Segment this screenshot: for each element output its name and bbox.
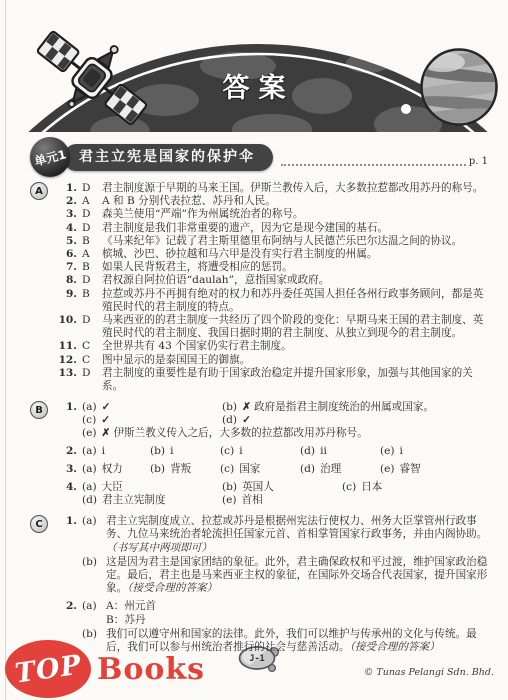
answer-row: 4.D君主制度是我们非常重要的遗产，因为它是现今建国的基石。 [58,222,490,235]
answer-row: 3.D森美兰使用“严端”作为州属统治者的称号。 [58,208,490,221]
item-text: 图中显示的是泰国国王的御旗。 [102,354,490,367]
answer-row: 2.AA 和 B 分别代表拉惹、苏丹和人民。 [58,195,490,208]
answer-row: 11.C全世界共有 43 个国家仍实行君主制度。 [58,340,490,353]
item-answer: B [82,235,102,248]
item-number: 1. [58,182,82,195]
unit-badge-label: 单元1 [32,145,68,169]
answer-row: 3. (a)权力 (b)背叛 (c)国家 (d)治理 (e)睿智 [58,463,490,476]
item-number: 3. [58,208,82,221]
item-number: 2. [58,600,82,626]
item-answer: A [82,195,102,208]
section-b-badge: B [30,401,48,419]
item-answer: D [82,367,102,393]
item-number: 4. [58,222,82,235]
answer-row: (d)君主立宪制度 (e)首相 [58,494,490,507]
item-answer: D [82,314,102,340]
item-answer: D [82,222,102,235]
item-text: 政府是指君主制度统治的州属或国家。 [254,401,434,413]
answer-row: 1. (a) 君主立宪制度成立、拉惹或苏丹是根据州宪法行使权力、州务大臣掌管州行… [58,515,490,555]
check-mark: ✓ [101,414,110,426]
page-reference: p. 1 [469,156,488,167]
item-number: 3. [58,463,82,476]
item-number: 4. [58,481,82,494]
marker-note: （接受合理的答案） [127,582,217,594]
item-text: 君权源自阿拉伯语“daulah”，意指国家或政府。 [102,274,490,287]
marker-note: （接受合理的答案） [350,641,440,653]
answer-row: 1.D君主制度源于早期的马来王国。伊斯兰教传入后，大多数拉惹都改用苏丹的称号。 [58,182,490,195]
item-number: 2. [58,195,82,208]
item-text: 我们可以遵守州和国家的法律。此外，我们可以维护与传承州的文化与传统。最后，我们可… [106,628,490,654]
item-number: 6. [58,248,82,261]
answer-cell: (e)✗伊斯兰教义传入之后，大多数的拉惹都改用苏丹称号。 [82,427,490,440]
item-answer: C [82,354,102,367]
answer-row: (e)✗伊斯兰教义传入之后，大多数的拉惹都改用苏丹称号。 [58,427,490,440]
page-title: 答案 [0,66,508,105]
item-text: 君主立宪制度成立、拉惹或苏丹是根据州宪法行使权力、州务大臣掌管州行政事务、九位马… [106,515,490,555]
item-text: A 和 B 分别代表拉惹、苏丹和人民。 [102,195,490,208]
answer-row: (b) 这是因为君主是国家团结的象征。此外，君主确保政权和平过渡，维护国家政治稳… [58,556,490,596]
item-text: A：州元首 B：苏丹 [106,600,490,626]
item-text: 马来西亚的的君主制度一共经历了四个阶段的变化：早期马来王国的君主制度、英殖民时代… [102,314,490,340]
answer-row: 9.B拉惹或苏丹不再拥有绝对的权力和苏丹委任英国人担任各州行政事务顾问，都是英殖… [58,288,490,314]
item-text: 伊斯兰教义传入之后，大多数的拉惹都改用苏丹称号。 [113,427,367,439]
unit-heading: 单元1 君主立宪是国家的保护伞 p. 1 [30,137,488,177]
item-answer: C [82,340,102,353]
item-answer: D [82,274,102,287]
answer-row: 7.B如果人民背叛君主，将遭受相应的惩罚。 [58,261,490,274]
item-text: 森美兰使用“严端”作为州属统治者的称号。 [102,208,490,221]
answer-row: 4. (a)大臣 (b)英国人 (c)日本 [58,481,490,494]
item-number: 13. [58,367,82,393]
section-b: B 1. (a)✓ (b)✗政府是指君主制度统治的州属或国家。 (c)✓ (d)… [30,401,490,507]
item-text: 《马来纪年》记载了君主斯里德里布阿纳与人民德芒乐巴尔达温之间的协议。 [102,235,490,248]
answer-row: 10.D马来西亚的的君主制度一共经历了四个阶段的变化：早期马来王国的君主制度、英… [58,314,490,340]
section-c-badge: C [30,515,48,533]
item-answer: D [82,182,102,195]
item-text: 全世界共有 43 个国家仍实行君主制度。 [102,340,490,353]
answer-cell: (d)✓ [222,414,490,427]
item-text: 君主制度源于早期的马来王国。伊斯兰教传入后，大多数拉惹都改用苏丹的称号。 [102,182,490,195]
section-a-badge: A [30,182,48,200]
item-text: 这是因为君主是国家团结的象征。此外，君主确保政权和平过渡，维护国家政治稳定。最后… [106,556,490,596]
item-text: 拉惹或苏丹不再拥有绝对的权力和苏丹委任英国人担任各州行政事务顾问，都是英殖民时代… [102,288,490,314]
item-text: 君主制度的重要性是有助于国家政治稳定并提升国家形象，加强与其他国家的关系。 [102,367,490,393]
item-answer: B [82,261,102,274]
item-number: 1. [58,401,82,414]
item-number: 7. [58,261,82,274]
answer-cell: (b)✗政府是指君主制度统治的州属或国家。 [222,401,490,414]
answer-row: 13.D君主制度的重要性是有助于国家政治稳定并提升国家形象，加强与其他国家的关系… [58,367,490,393]
item-answer: B [82,288,102,314]
copyright: © Tunas Pelangi Sdn. Bhd. [364,667,494,678]
item-number: 2. [58,445,82,458]
answer-cell: (c)✓ [82,414,222,427]
item-text: 槟城、沙巴、砂拉越和马六甲是没有实行君主制度的州属。 [102,248,490,261]
item-number: 1. [58,515,82,555]
check-mark: ✓ [242,414,251,426]
item-number: 8. [58,274,82,287]
answer-row: 6.A槟城、沙巴、砂拉越和马六甲是没有实行君主制度的州属。 [58,248,490,261]
answer-row: (c)✓ (d)✓ [58,414,490,427]
section-c: C 1. (a) 君主立宪制度成立、拉惹或苏丹是根据州宪法行使权力、州务大臣掌管… [30,515,490,654]
dotted-leader [281,163,466,166]
item-text: 君主制度是我们非常重要的遗产，因为它是现今建国的基石。 [102,222,490,235]
cross-mark: ✗ [242,401,251,413]
answer-row: 1. (a)✓ (b)✗政府是指君主制度统治的州属或国家。 [58,401,490,414]
answer-row: 5.B《马来纪年》记载了君主斯里德里布阿纳与人民德芒乐巴尔达温之间的协议。 [58,235,490,248]
item-number: 11. [58,340,82,353]
unit-badge: 单元1 [30,137,70,177]
item-answer: D [82,208,102,221]
section-a: A 1.D君主制度源于早期的马来王国。伊斯兰教传入后，大多数拉惹都改用苏丹的称号… [30,182,490,393]
unit-title: 君主立宪是国家的保护伞 [63,144,273,171]
answer-row: 2. (a)i (b)i (c)i (d)ii (e)i [58,445,490,458]
answers-content: A 1.D君主制度源于早期的马来王国。伊斯兰教传入后，大多数拉惹都改用苏丹的称号… [30,182,490,662]
answer-cell: (a)✓ [82,401,222,414]
item-number: 12. [58,354,82,367]
answer-page: 答案 单元1 君主立宪是国家的保护伞 p. 1 A 1.D君主制度源于早期的马来… [0,0,508,700]
marker-note: （书写其中两项即可） [106,542,212,554]
item-number: 5. [58,235,82,248]
answer-row: 8.D君权源自阿拉伯语“daulah”，意指国家或政府。 [58,274,490,287]
item-answer: A [82,248,102,261]
item-text: 如果人民背叛君主，将遭受相应的惩罚。 [102,261,490,274]
item-number: 10. [58,314,82,340]
answer-row: 12.C图中显示的是泰国国王的御旗。 [58,354,490,367]
cross-mark: ✗ [102,427,111,439]
page-header: 答案 [0,0,508,132]
item-number: 9. [58,288,82,314]
check-mark: ✓ [102,401,111,413]
answer-row: 2. (a) A：州元首 B：苏丹 [58,600,490,626]
answer-row: (b) 我们可以遵守州和国家的法律。此外，我们可以维护与传承州的文化与传统。最后… [58,628,490,654]
